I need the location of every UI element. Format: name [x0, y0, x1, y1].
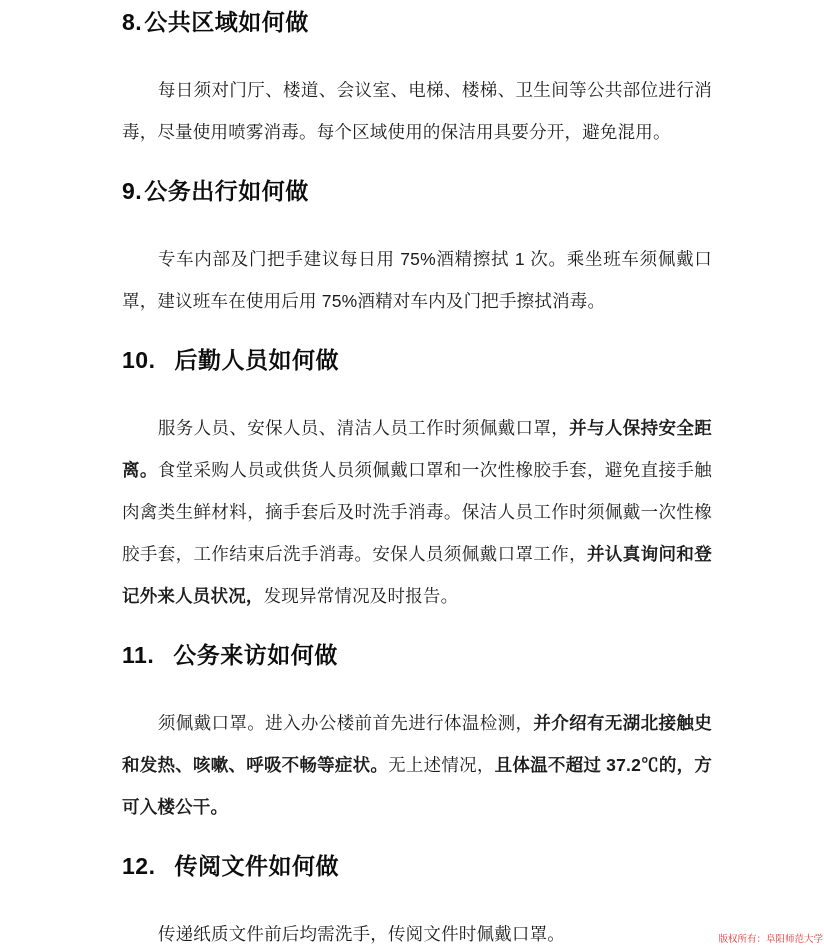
heading-number: 11. [122, 641, 154, 670]
heading-title: 公共区域如何做 [144, 9, 309, 35]
text-run: 每日须对门厅、楼道、会议室、电梯、楼梯、卫生间等公共部位进行消毒，尽量使用喷雾消… [122, 80, 712, 142]
section-heading: 10.后勤人员如何做 [122, 346, 712, 375]
section-paragraph: 服务人员、安保人员、清洁人员工作时须佩戴口罩，并与人保持安全距离。食堂采购人员或… [122, 407, 712, 617]
text-run: 须佩戴口罩。进入办公楼前首先进行体温检测， [158, 713, 534, 733]
section-heading: 11.公务来访如何做 [122, 641, 712, 670]
section-paragraph: 传递纸质文件前后均需洗手，传阅文件时佩戴口罩。 [122, 913, 712, 950]
section-official-visits: 11.公务来访如何做 须佩戴口罩。进入办公楼前首先进行体温检测，并介绍有无湖北接… [122, 641, 712, 828]
heading-title: 后勤人员如何做 [174, 347, 339, 373]
section-public-areas: 8.公共区域如何做 每日须对门厅、楼道、会议室、电梯、楼梯、卫生间等公共部位进行… [122, 8, 712, 153]
section-business-travel: 9.公务出行如何做 专车内部及门把手建议每日用 75%酒精擦拭 1 次。乘坐班车… [122, 177, 712, 322]
heading-number: 12. [122, 852, 155, 881]
section-paragraph: 须佩戴口罩。进入办公楼前首先进行体温检测，并介绍有无湖北接触史和发热、咳嗽、呼吸… [122, 702, 712, 828]
heading-title: 公务出行如何做 [144, 178, 309, 204]
section-heading: 12.传阅文件如何做 [122, 852, 712, 881]
text-run: 传递纸质文件前后均需洗手，传阅文件时佩戴口罩。 [158, 924, 565, 944]
document-page: 8.公共区域如何做 每日须对门厅、楼道、会议室、电梯、楼梯、卫生间等公共部位进行… [0, 0, 824, 950]
heading-number: 10. [122, 346, 155, 375]
section-paragraph: 每日须对门厅、楼道、会议室、电梯、楼梯、卫生间等公共部位进行消毒，尽量使用喷雾消… [122, 69, 712, 153]
text-run: 发现异常情况及时报告。 [264, 586, 459, 606]
section-heading: 9.公务出行如何做 [122, 177, 712, 206]
heading-title: 传阅文件如何做 [174, 853, 339, 879]
section-logistics-staff: 10.后勤人员如何做 服务人员、安保人员、清洁人员工作时须佩戴口罩，并与人保持安… [122, 346, 712, 617]
heading-title: 公务来访如何做 [173, 642, 338, 668]
copyright-watermark: 版权所有：阜阳师范大学 [718, 934, 823, 946]
text-run: 专车内部及门把手建议每日用 75%酒精擦拭 1 次。乘坐班车须佩戴口罩，建议班车… [122, 249, 712, 311]
text-run: 无上述情况， [388, 755, 494, 775]
text-run: 服务人员、安保人员、清洁人员工作时须佩戴口罩， [158, 418, 569, 438]
heading-number: 9. [122, 177, 142, 206]
section-paragraph: 专车内部及门把手建议每日用 75%酒精擦拭 1 次。乘坐班车须佩戴口罩，建议班车… [122, 238, 712, 322]
section-heading: 8.公共区域如何做 [122, 8, 712, 37]
section-document-circulation: 12.传阅文件如何做 传递纸质文件前后均需洗手，传阅文件时佩戴口罩。 [122, 852, 712, 950]
heading-number: 8. [122, 8, 142, 37]
